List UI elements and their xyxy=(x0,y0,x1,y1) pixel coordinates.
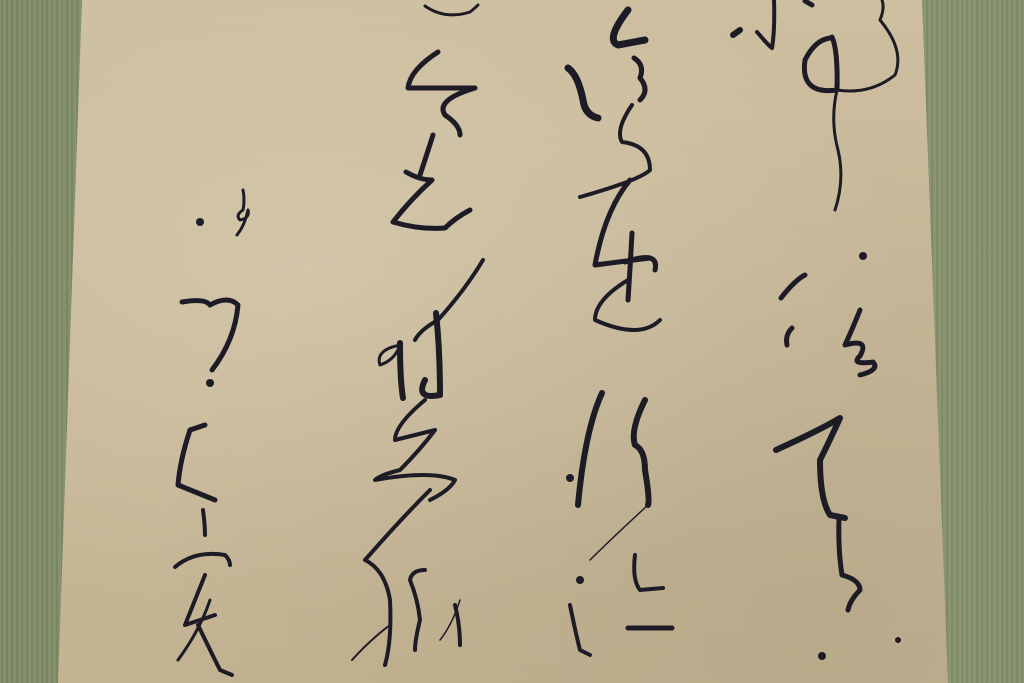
column-far-right xyxy=(733,0,901,660)
column-center-right xyxy=(566,10,672,655)
calligraphy-scroll-photo xyxy=(0,0,1024,683)
ink-calligraphy xyxy=(0,0,1024,683)
column-left xyxy=(175,190,248,675)
column-center xyxy=(352,5,483,665)
